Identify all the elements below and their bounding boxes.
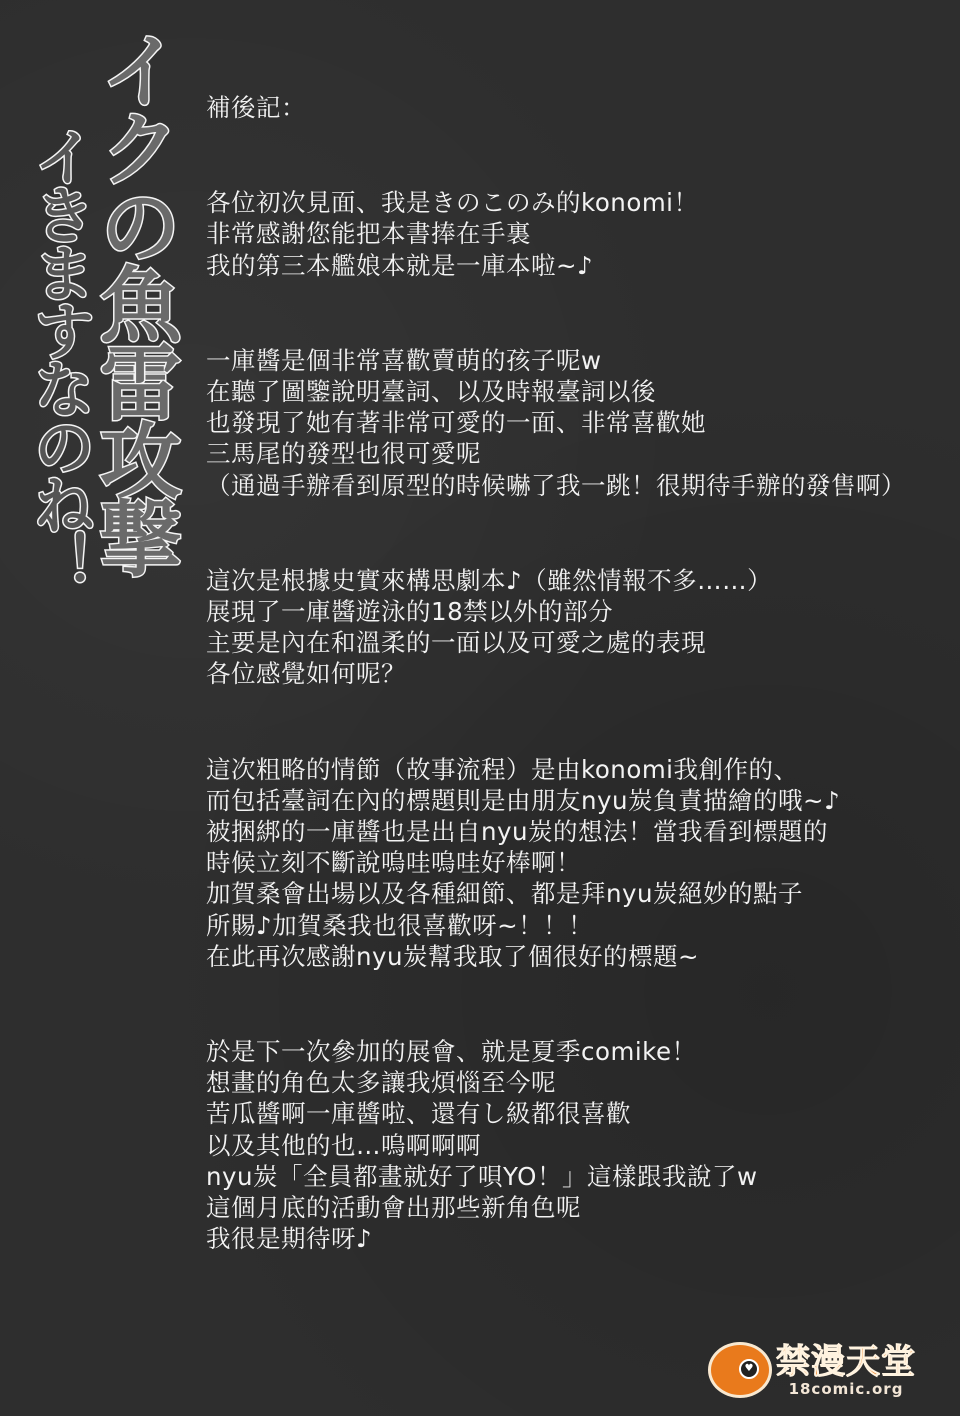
text-line: 想畫的角色太多讓我煩惱至今呢 xyxy=(206,1067,946,1098)
text-line: 展現了一庫醬遊泳的18禁以外的部分 xyxy=(206,596,946,627)
text-line: 所賜♪加賀桑我也很喜歡呀~！！！ xyxy=(206,910,946,941)
text-line: 在此再次感謝nyu炭幫我取了個很好的標題~ xyxy=(206,941,946,972)
watermark-logo[interactable]: ♥ 禁漫天堂 18comic.org xyxy=(708,1342,916,1398)
text-line: 各位初次見面、我是きのこのみ的konomi！ xyxy=(206,187,946,218)
watermark-name: 禁漫天堂 xyxy=(776,1343,916,1381)
paragraph-credits: 這次粗略的情節（故事流程）是由konomi我創作的、 而包括臺詞在內的標題則是由… xyxy=(206,754,946,972)
text-line: 在聽了圖鑒說明臺詞、以及時報臺詞以後 xyxy=(206,376,946,407)
text-line: 這次粗略的情節（故事流程）是由konomi我創作的、 xyxy=(206,754,946,785)
watermark-text: 禁漫天堂 18comic.org xyxy=(776,1343,916,1397)
text-line: 這次是根據史實來構思劇本♪（雖然情報不多……） xyxy=(206,565,946,596)
text-line: 非常感謝您能把本書捧在手裏 xyxy=(206,218,946,249)
text-line: 我的第三本艦娘本就是一庫本啦~♪ xyxy=(206,250,946,281)
text-line: 也發現了她有著非常可愛的一面、非常喜歡她 xyxy=(206,407,946,438)
whale-heart-icon: ♥ xyxy=(708,1342,772,1398)
paragraph-next-event: 於是下一次參加的展會、就是夏季comike！ 想畫的角色太多讓我煩惱至今呢 苦瓜… xyxy=(206,1036,946,1254)
heart-icon: ♥ xyxy=(739,1359,759,1379)
paragraph-story: 這次是根據史實來構思劇本♪（雖然情報不多……） 展現了一庫醬遊泳的18禁以外的部… xyxy=(206,565,946,690)
paragraph-character: 一庫醬是個非常喜歡賣萌的孩子呢w 在聽了圖鑒說明臺詞、以及時報臺詞以後 也發現了… xyxy=(206,345,946,501)
watermark-url: 18comic.org xyxy=(789,1381,904,1397)
text-line: 時候立刻不斷說嗚哇嗚哇好棒啊！ xyxy=(206,847,946,878)
text-line: 這個月底的活動會出那些新角色呢 xyxy=(206,1192,946,1223)
text-line: 主要是內在和溫柔的一面以及可愛之處的表現 xyxy=(206,627,946,658)
text-line: 苦瓜醬啊一庫醬啦、還有し級都很喜歡 xyxy=(206,1098,946,1129)
text-line: 以及其他的也…嗚啊啊啊 xyxy=(206,1130,946,1161)
afterword-body: 補後記： 各位初次見面、我是きのこのみ的konomi！ 非常感謝您能把本書捧在手… xyxy=(206,92,946,1318)
title-main: イクの魚雷攻撃 xyxy=(92,28,174,574)
afterword-heading: 補後記： xyxy=(206,92,946,123)
text-line: 我很是期待呀♪ xyxy=(206,1223,946,1254)
text-line: 各位感覺如何呢？ xyxy=(206,658,946,689)
paragraph-greeting: 各位初次見面、我是きのこのみ的konomi！ 非常感謝您能把本書捧在手裏 我的第… xyxy=(206,187,946,281)
text-line: 而包括臺詞在內的標題則是由朋友nyu炭負責描繪的哦~♪ xyxy=(206,785,946,816)
text-line: 三馬尾的發型也很可愛呢 xyxy=(206,438,946,469)
text-line: 加賀桑會出場以及各種細節、都是拜nyu炭絕妙的點子 xyxy=(206,878,946,909)
text-line: 於是下一次參加的展會、就是夏季comike！ xyxy=(206,1036,946,1067)
text-line: 一庫醬是個非常喜歡賣萌的孩子呢w xyxy=(206,345,946,376)
text-line: nyu炭「全員都畫就好了唄YO！」這樣跟我說了w xyxy=(206,1161,946,1192)
text-line: （通過手辦看到原型的時候嚇了我一跳！很期待手辦的發售啊） xyxy=(206,470,946,501)
title-subtitle: イきますなのね！ xyxy=(28,125,90,589)
text-line: 被捆綁的一庫醬也是出自nyu炭的想法！當我看到標題的 xyxy=(206,816,946,847)
